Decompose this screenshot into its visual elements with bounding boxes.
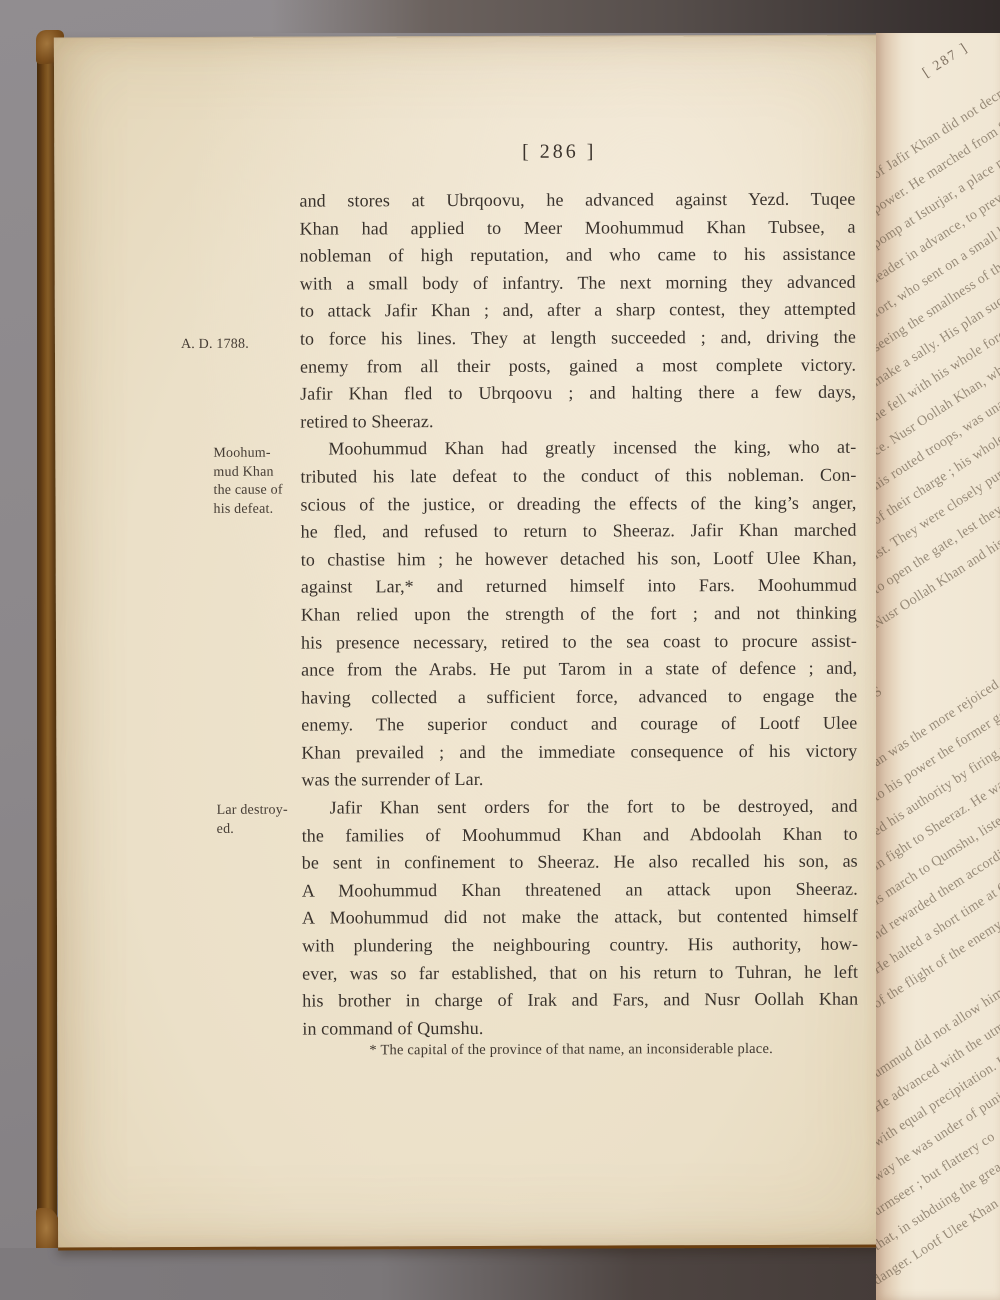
next-page-edge: [ 287 ] of Jafir Khan did not decreasepo… [876,26,1000,1300]
left-page: [ 286 ] A. D. 1788. Moohum- mud Khan the… [54,35,887,1251]
next-page-text: [ 287 ] of Jafir Khan did not decreasepo… [876,26,1000,946]
body-line: to chastise him ; he however detached hi… [301,544,857,574]
body-line: enemy from all their posts, gained a mos… [300,351,856,381]
body-line: his brother in charge of Irak and Fars, … [302,986,858,1016]
body-text: and stores at Ubrqoovu, he advanced agai… [299,186,858,1043]
body-line: A Moohummud did not make the attack, but… [302,903,858,933]
body-line: ance from the Arabs. He put Tarom in a s… [301,655,857,685]
body-line: scious of the justice, or dreading the e… [300,489,856,519]
body-line: in command of Qumshu. [302,1013,858,1043]
body-line: and stores at Ubrqoovu, he advanced agai… [299,186,855,216]
top-shadow [270,0,1000,33]
body-line: the families of Moohummud Khan and Abdoo… [302,820,858,850]
page-number: [ 286 ] [281,140,837,165]
body-line: Jafir Khan fled to Ubrqoovu ; and haltin… [300,379,856,409]
body-line: Khan relied upon the strength of the for… [301,600,857,630]
body-line: ever, was so far established, that on hi… [302,958,858,988]
body-line: Khan had applied to Meer Moohummud Khan … [300,213,856,243]
body-line: A Moohummud Khan threatened an attack up… [302,875,858,905]
body-line: with a small body of infantry. The next … [300,268,856,298]
body-line: nobleman of high reputation, and who cam… [300,241,856,271]
body-line: tributed his late defeat to the conduct … [300,462,856,492]
body-line: retired to Sheeraz. [300,406,856,436]
body-line: to attack Jafir Khan ; and, after a shar… [300,296,856,326]
photo-backdrop: [ 286 ] A. D. 1788. Moohum- mud Khan the… [0,0,1000,1300]
body-line: his presence necessary, retired to the s… [301,627,857,657]
body-line: was the surrender of Lar. [301,765,857,795]
body-line: having collected a sufficient force, adv… [301,682,857,712]
body-line: against Lar,* and returned himself into … [301,572,857,602]
body-line: enemy. The superior conduct and courage … [301,710,857,740]
margin-note-date: A. D. 1788. [181,336,249,355]
margin-note-defeat: Moohum- mud Khan the cause of his defeat… [213,445,305,519]
body-line: Khan prevailed ; and the immediate conse… [301,738,857,768]
body-line: with plundering the neighbouring country… [302,931,858,961]
footnote: * The capital of the province of that na… [369,1041,839,1060]
body-line: be sent in confinement to Sheeraz. He al… [302,848,858,878]
body-line: Jafir Khan sent orders for the fort to b… [302,793,858,823]
body-line: he fled, and refused to return to Sheera… [301,517,857,547]
body-line: Moohummud Khan had greatly incensed the … [300,434,856,464]
body-line: to force his lines. They at length succe… [300,324,856,354]
bottom-shadow [0,1248,906,1300]
